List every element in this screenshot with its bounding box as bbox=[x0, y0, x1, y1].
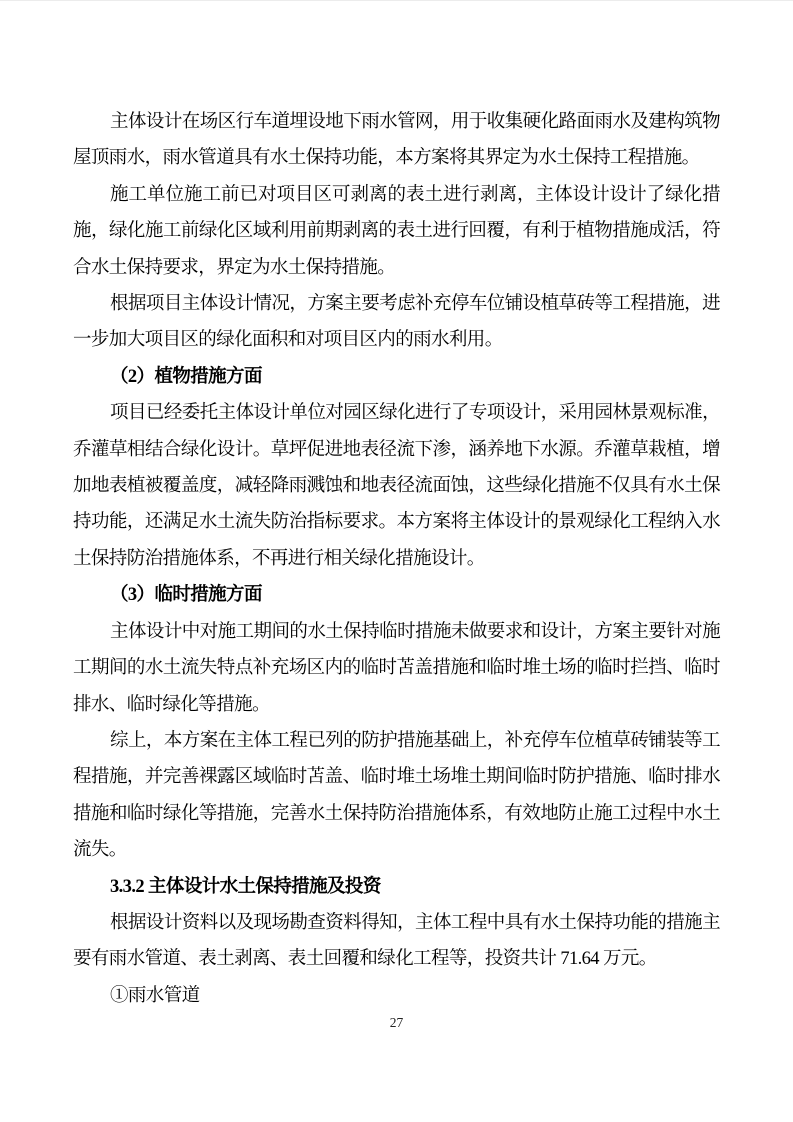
page-number: 27 bbox=[0, 1013, 793, 1033]
document-page: 主体设计在场区行车道埋设地下雨水管网，用于收集硬化路面雨水及建构筑物屋顶雨水，雨… bbox=[0, 0, 793, 1122]
body-paragraph: 根据项目主体设计情况，方案主要考虑补充停车位铺设植草砖等工程措施，进一步加大项目… bbox=[73, 286, 720, 359]
body-paragraph: 项目已经委托主体设计单位对园区绿化进行了专项设计，采用园林景观标准，乔灌草相结合… bbox=[73, 395, 720, 577]
section-heading-plant-measures: （2）植物措施方面 bbox=[73, 359, 720, 395]
body-paragraph: ①雨水管道 bbox=[73, 978, 720, 1014]
body-paragraph: 主体设计在场区行车道埋设地下雨水管网，用于收集硬化路面雨水及建构筑物屋顶雨水，雨… bbox=[73, 104, 720, 177]
section-heading-3-3-2: 3.3.2 主体设计水土保持措施及投资 bbox=[73, 869, 720, 905]
body-paragraph: 施工单位施工前已对项目区可剥离的表土进行剥离，主体设计设计了绿化措施，绿化施工前… bbox=[73, 177, 720, 286]
document-body: 主体设计在场区行车道埋设地下雨水管网，用于收集硬化路面雨水及建构筑物屋顶雨水，雨… bbox=[73, 1, 720, 1014]
body-paragraph: 主体设计中对施工期间的水土保持临时措施未做要求和设计，方案主要针对施工期间的水土… bbox=[73, 614, 720, 723]
section-heading-temporary-measures: （3）临时措施方面 bbox=[73, 577, 720, 613]
body-paragraph: 综上，本方案在主体工程已列的防护措施基础上，补充停车位植草砖铺装等工程措施，并完… bbox=[73, 723, 720, 869]
body-paragraph: 根据设计资料以及现场勘查资料得知，主体工程中具有水土保持功能的措施主要有雨水管道… bbox=[73, 905, 720, 978]
